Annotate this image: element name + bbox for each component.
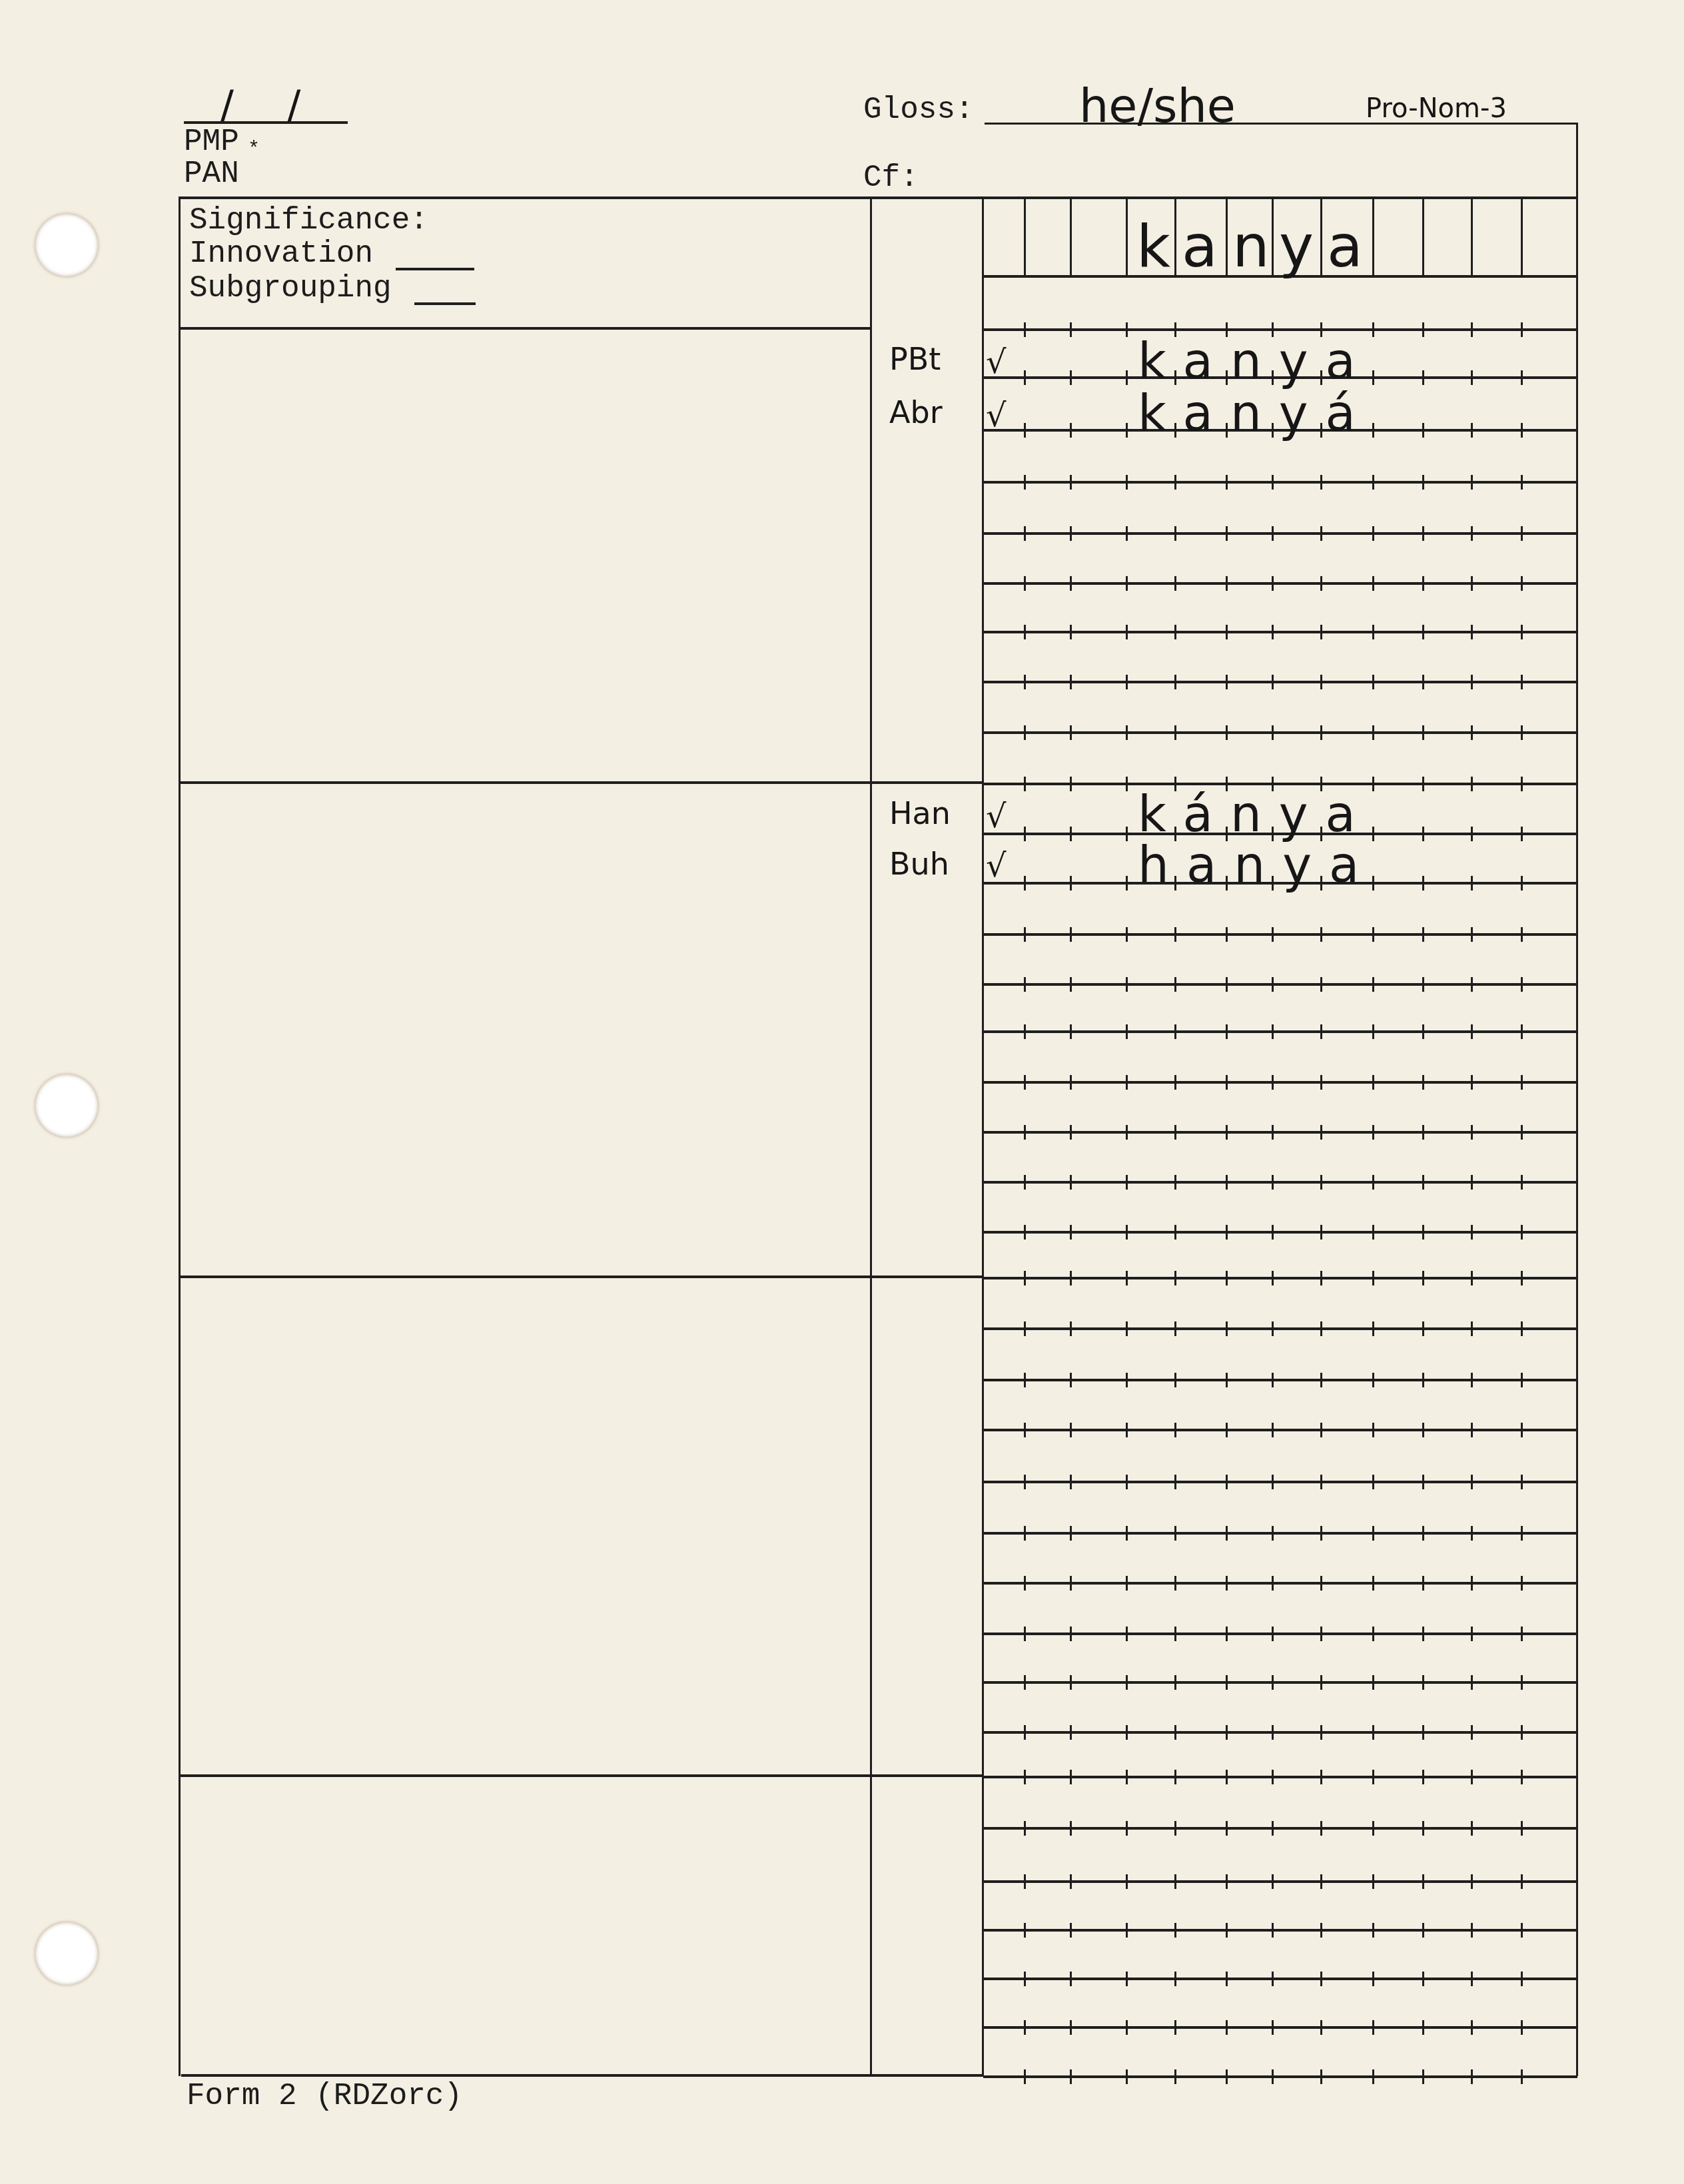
binder-hole-middle (35, 1074, 99, 1138)
entry-language-pbt: PBt (889, 341, 941, 377)
table-left-border (179, 196, 181, 2076)
subgrouping-blank[interactable] (414, 302, 476, 305)
table-bottom-border (181, 2074, 983, 2077)
entry-form-pbt: kanya (1138, 333, 1373, 390)
entry-language-buh: Buh (889, 846, 949, 882)
table-top-border (179, 196, 1578, 199)
cf-label: Cf: (863, 163, 919, 193)
significance-title: Significance: (189, 205, 428, 236)
entry-check-abr[interactable]: √ (986, 397, 1007, 434)
entry-form-abr: kanyá (1138, 385, 1373, 442)
form-column-right-border (1576, 196, 1578, 2076)
section-divider-1 (179, 781, 983, 784)
language-column-right-border (982, 196, 984, 2076)
entry-form-buh: hanya (1138, 837, 1376, 894)
gloss-value: he/she (1079, 79, 1236, 133)
pan-label: PAN (184, 159, 239, 189)
binder-hole-top (35, 213, 99, 277)
pmp-label: PMP (184, 127, 239, 157)
form-footer-label: Form 2 (RDZorc) (187, 2081, 462, 2111)
asterisk: * (248, 140, 260, 160)
date-underline (184, 121, 348, 124)
entry-language-abr: Abr (889, 394, 943, 430)
entry-language-han: Han (889, 795, 951, 831)
entry-form-han: kánya (1138, 786, 1373, 843)
entry-check-han[interactable]: √ (986, 798, 1007, 835)
notes-column-right-border (870, 196, 872, 2076)
entry-check-buh[interactable]: √ (986, 847, 1007, 885)
category-code: Pro-Nom-3 (1366, 93, 1507, 124)
section-divider-2 (179, 1275, 983, 1278)
reconstruction-letter-3: n (1232, 212, 1270, 280)
significance-box-bottom (179, 327, 871, 330)
gloss-label: Gloss: (863, 95, 974, 125)
entry-check-pbt[interactable]: √ (986, 344, 1007, 381)
binder-hole-bottom (35, 1922, 99, 1986)
reconstruction-letter-4: y (1279, 212, 1314, 280)
reconstruction-letter-1: k (1136, 212, 1170, 280)
reconstruction-letter-5: a (1327, 212, 1363, 280)
reconstruction-letter-2: a (1182, 212, 1218, 280)
subgrouping-label: Subgrouping (189, 273, 392, 304)
innovation-label: Innovation (189, 238, 373, 269)
box-right-top-edge (1576, 123, 1578, 198)
section-divider-3 (179, 1774, 983, 1777)
innovation-blank[interactable] (396, 268, 474, 270)
